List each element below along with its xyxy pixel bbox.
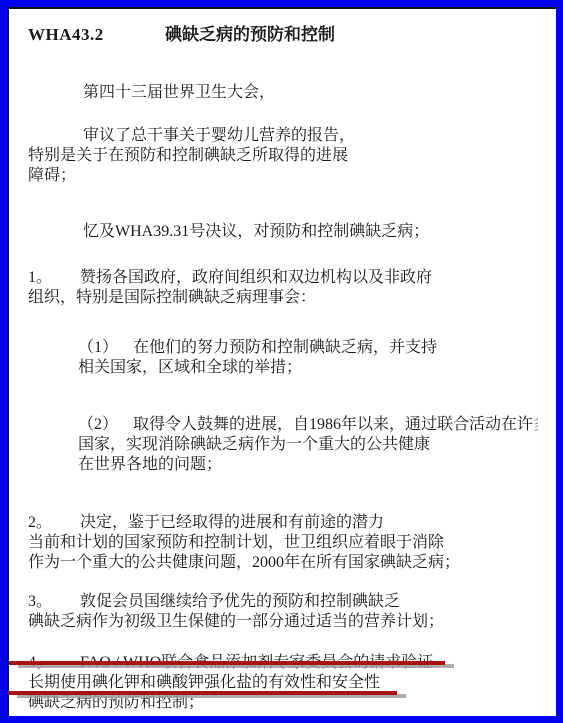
document-title: 碘缺乏病的预防和控制 <box>165 25 335 44</box>
item-marker: 1。 <box>28 268 80 288</box>
line-text: 赞扬各国政府，政府间组织和双边机构以及非政府 <box>80 269 432 286</box>
text-line: 相关国家，区域和全球的举措； <box>78 358 538 378</box>
paragraph-3: 忆及WHA39.31号决议，对预防和控制碘缺乏病； <box>28 222 538 242</box>
paragraph-7: 2。决定，鉴于已经取得的进展和有前途的潜力当前和计划的国家预防和控制计划，世卫组… <box>28 513 538 573</box>
line-text: 决定，鉴于已经取得的进展和有前途的潜力 <box>80 514 384 531</box>
paragraph-8: 3。敦促会员国继续给予优先的预防和控制碘缺乏碘缺乏病作为初级卫生保健的一部分通过… <box>28 592 538 632</box>
text-line: 碘缺乏病的预防和控制； <box>28 693 538 713</box>
item-marker: 3。 <box>28 592 80 612</box>
paragraph-6: （2）取得令人鼓舞的进展，自1986年以来，通过联合活动在许多国家，实现消除碘缺… <box>78 415 538 475</box>
text-line: 第四十三届世界卫生大会， <box>28 83 538 103</box>
red-annotation-underline-2 <box>8 691 397 695</box>
line-text: 在他们的努力预防和控制碘缺乏病，并支持 <box>133 339 437 356</box>
paragraph-5: （1）在他们的努力预防和控制碘缺乏病，并支持相关国家，区域和全球的举措； <box>78 338 538 378</box>
text-line: 当前和计划的国家预防和控制计划，世卫组织应着眼于消除 <box>28 533 538 553</box>
paragraph-4: 1。赞扬各国政府，政府间组织和双边机构以及非政府组织，特别是国际控制碘缺乏病理事… <box>28 268 538 308</box>
text-line: 忆及WHA39.31号决议，对预防和控制碘缺乏病； <box>28 222 538 242</box>
text-line: 在世界各地的问题； <box>78 455 538 475</box>
document-number: WHA43.2 <box>28 25 165 45</box>
text-line: 1。赞扬各国政府，政府间组织和双边机构以及非政府 <box>28 268 538 288</box>
red-annotation-underline-1 <box>9 661 445 665</box>
document-header: WHA43.2碘缺乏病的预防和控制 <box>28 25 538 45</box>
text-line: 碘缺乏病作为初级卫生保健的一部分通过适当的营养计划； <box>28 612 538 632</box>
line-text: 取得令人鼓舞的进展，自1986年以来，通过联合活动在许多 <box>133 416 538 433</box>
text-line: 作为一个重大的公共健康问题，2000年在所有国家碘缺乏病； <box>28 553 538 573</box>
line-text: 敦促会员国继续给予优先的预防和控制碘缺乏 <box>80 593 400 610</box>
text-line: 审议了总干事关于婴幼儿营养的报告， <box>28 126 538 146</box>
text-line: 障碍； <box>28 166 538 186</box>
text-line: 2。决定，鉴于已经取得的进展和有前途的潜力 <box>28 513 538 533</box>
text-line: 特别是关于在预防和控制碘缺乏所取得的进展 <box>28 146 538 166</box>
item-marker: 2。 <box>28 513 80 533</box>
paragraph-1: 第四十三届世界卫生大会， <box>28 83 538 103</box>
document-page: WHA43.2碘缺乏病的预防和控制 第四十三届世界卫生大会，审议了总干事关于婴幼… <box>0 0 563 723</box>
text-line: （2）取得令人鼓舞的进展，自1986年以来，通过联合活动在许多 <box>78 415 538 435</box>
document-body: 第四十三届世界卫生大会，审议了总干事关于婴幼儿营养的报告，特别是关于在预防和控制… <box>28 83 538 713</box>
text-line: 国家，实现消除碘缺乏病作为一个重大的公共健康 <box>78 435 538 455</box>
paragraph-2: 审议了总干事关于婴幼儿营养的报告，特别是关于在预防和控制碘缺乏所取得的进展障碍； <box>28 126 538 186</box>
text-line: 3。敦促会员国继续给予优先的预防和控制碘缺乏 <box>28 592 538 612</box>
item-marker: （1） <box>78 338 133 358</box>
text-line: 组织，特别是国际控制碘缺乏病理事会： <box>28 288 538 308</box>
text-line: 长期使用碘化钾和碘酸钾强化盐的有效性和安全性 <box>28 673 538 693</box>
text-line: （1）在他们的努力预防和控制碘缺乏病，并支持 <box>78 338 538 358</box>
item-marker: （2） <box>78 415 133 435</box>
